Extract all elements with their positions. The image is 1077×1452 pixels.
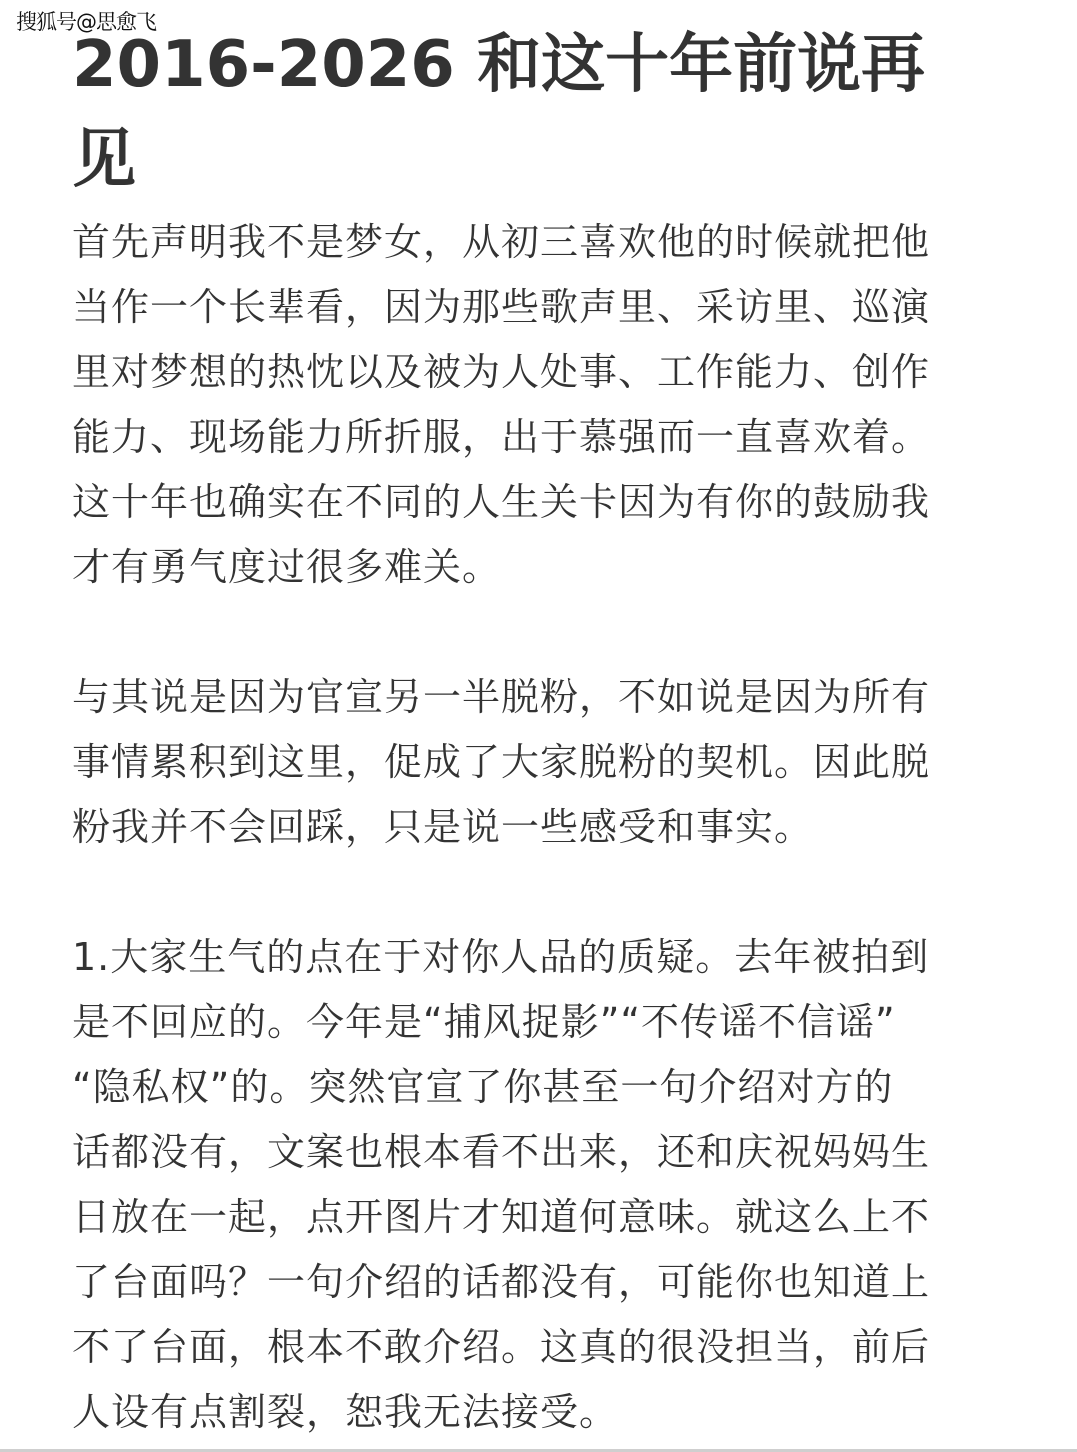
paragraph-spacer bbox=[72, 860, 1012, 925]
text-line: “隐私权”的。突然官宣了你甚至一句介绍对方的 bbox=[72, 1055, 1012, 1120]
page-title: 2016-2026 和这十年前说再 见 bbox=[72, 18, 1032, 208]
watermark: 搜狐号@思愈飞 bbox=[16, 6, 156, 36]
paragraph-spacer bbox=[72, 600, 1012, 665]
text-line: 与其说是因为官宣另一半脱粉，不如说是因为所有 bbox=[72, 665, 1012, 730]
text-line: 日放在一起，点开图片才知道何意味。就这么上不 bbox=[72, 1185, 1012, 1250]
text-line: 里对梦想的热忱以及被为人处事、工作能力、创作 bbox=[72, 340, 1012, 405]
paragraph-2: 与其说是因为官宣另一半脱粉，不如说是因为所有 事情累积到这里，促成了大家脱粉的契… bbox=[72, 665, 1012, 860]
text-line: 首先声明我不是梦女，从初三喜欢他的时候就把他 bbox=[72, 210, 1012, 275]
text-line: 人设有点割裂，恕我无法接受。 bbox=[72, 1380, 1012, 1445]
paragraph-3: 1.大家生气的点在于对你人品的质疑。去年被拍到 是不回应的。今年是“捕风捉影”“… bbox=[72, 925, 1012, 1445]
text-line: 才有勇气度过很多难关。 bbox=[72, 535, 1012, 600]
text-line: 这十年也确实在不同的人生关卡因为有你的鼓励我 bbox=[72, 470, 1012, 535]
text-line: 事情累积到这里，促成了大家脱粉的契机。因此脱 bbox=[72, 730, 1012, 795]
text-line: 粉我并不会回踩，只是说一些感受和事实。 bbox=[72, 795, 1012, 860]
text-line: 不了台面，根本不敢介绍。这真的很没担当，前后 bbox=[72, 1315, 1012, 1380]
text-line: 是不回应的。今年是“捕风捉影”“不传谣不信谣” bbox=[72, 990, 1012, 1055]
text-line: 当作一个长辈看，因为那些歌声里、采访里、巡演 bbox=[72, 275, 1012, 340]
text-line: 话都没有，文案也根本看不出来，还和庆祝妈妈生 bbox=[72, 1120, 1012, 1185]
text-line: 能力、现场能力所折服，出于慕强而一直喜欢着。 bbox=[72, 405, 1012, 470]
title-line: 见 bbox=[72, 113, 1032, 208]
text-line: 1.大家生气的点在于对你人品的质疑。去年被拍到 bbox=[72, 925, 1012, 990]
title-line: 2016-2026 和这十年前说再 bbox=[72, 18, 1032, 113]
paragraph-1: 首先声明我不是梦女，从初三喜欢他的时候就把他 当作一个长辈看，因为那些歌声里、采… bbox=[72, 210, 1012, 600]
text-line: 了台面吗？一句介绍的话都没有，可能你也知道上 bbox=[72, 1250, 1012, 1315]
article-body: 首先声明我不是梦女，从初三喜欢他的时候就把他 当作一个长辈看，因为那些歌声里、采… bbox=[72, 210, 1012, 1445]
